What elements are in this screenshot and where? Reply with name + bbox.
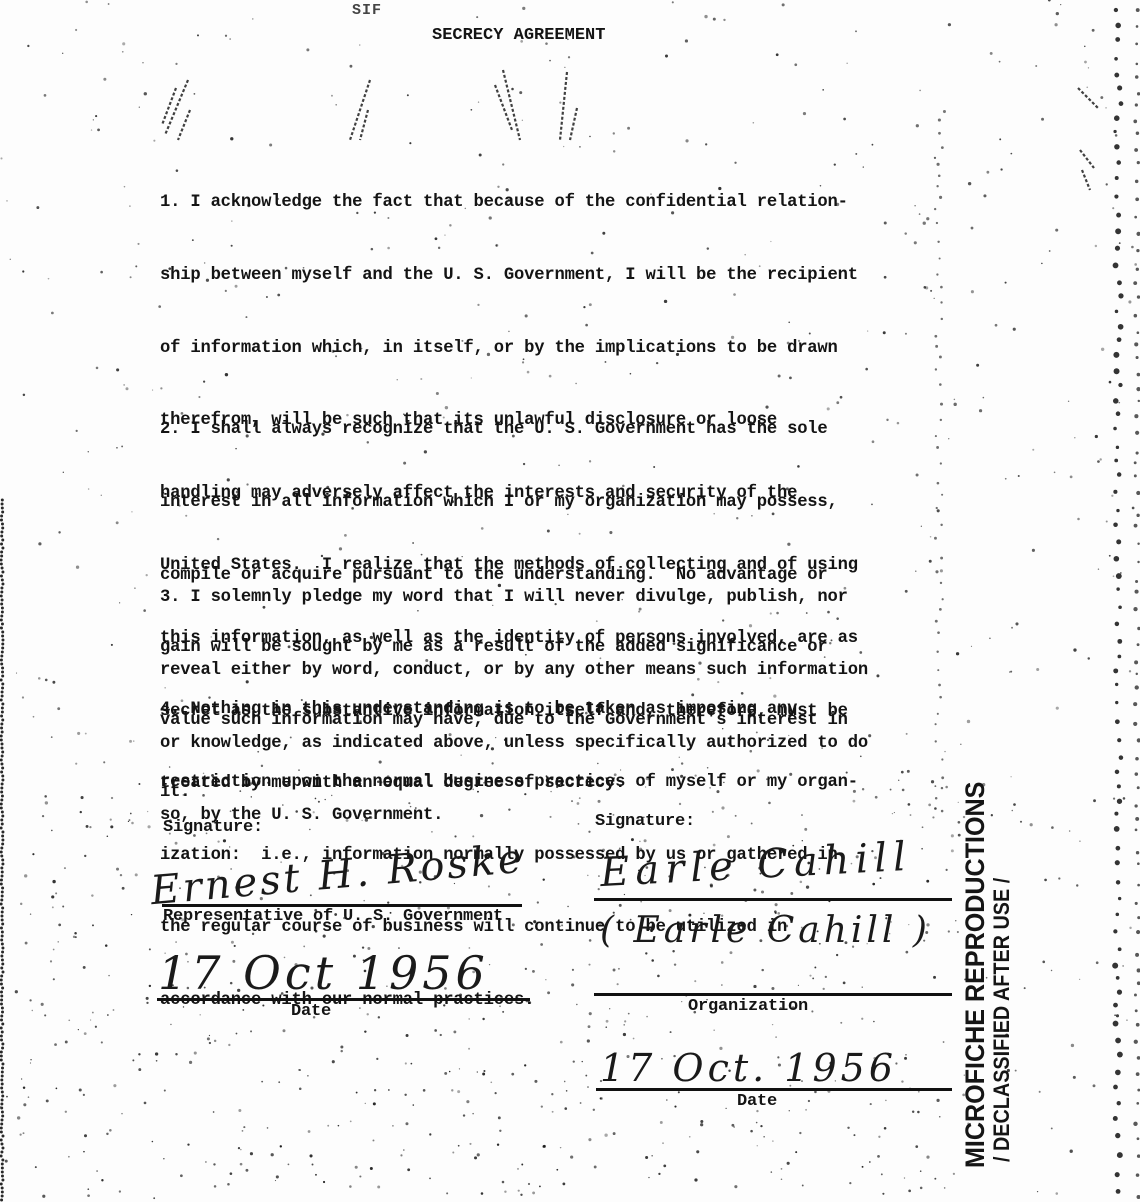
document-title: SECRECY AGREEMENT (432, 26, 605, 45)
date-caption: Date (737, 1092, 777, 1111)
organization-caption: Organization (688, 997, 808, 1016)
date-line (157, 998, 530, 1001)
paragraph-line: ship between myself and the U. S. Govern… (160, 264, 960, 288)
paragraph-line: 3. I solemnly pledge my word that I will… (160, 586, 960, 610)
scanned-document-page: SIF SECRECY AGREEMENT 1. I acknowledge t… (0, 0, 1140, 1202)
organization-name: ( Earle Cahill ) (600, 910, 931, 951)
signature-caption: Representative of U. S. Government (163, 907, 503, 926)
date-caption: Date (291, 1002, 331, 1021)
signature-line (594, 898, 952, 901)
paragraph-line: 1. I acknowledge the fact that because o… (160, 191, 960, 215)
signature-label: Signature: (595, 812, 695, 831)
paragraph-line: 2. I shall always recognize that the U. … (160, 418, 960, 442)
date-line (596, 1088, 952, 1091)
paragraph-line: restriction upon the normal business pra… (160, 771, 960, 795)
organization-date: 17 Oct. 1956 (600, 1046, 897, 1090)
paragraph-line: 4. Nothing in this understanding is to b… (160, 698, 960, 722)
header-mark: SIF (352, 2, 382, 19)
paragraph-line: interest in all information which I or m… (160, 491, 960, 515)
government-date: 17 Oct 1956 (158, 946, 489, 1000)
stamp-line-2: / DECLASSIFIED AFTER USE / (989, 793, 1015, 1162)
paragraph-line: of information which, in itself, or by t… (160, 337, 960, 361)
signature-label: Signature: (163, 818, 263, 837)
stamp-line-1: MICROFICHE REPRODUCTIONS (960, 782, 991, 1168)
microfiche-stamp: MICROFICHE REPRODUCTIONS / DECLASSIFIED … (960, 752, 1015, 1168)
organization-line (594, 993, 952, 996)
